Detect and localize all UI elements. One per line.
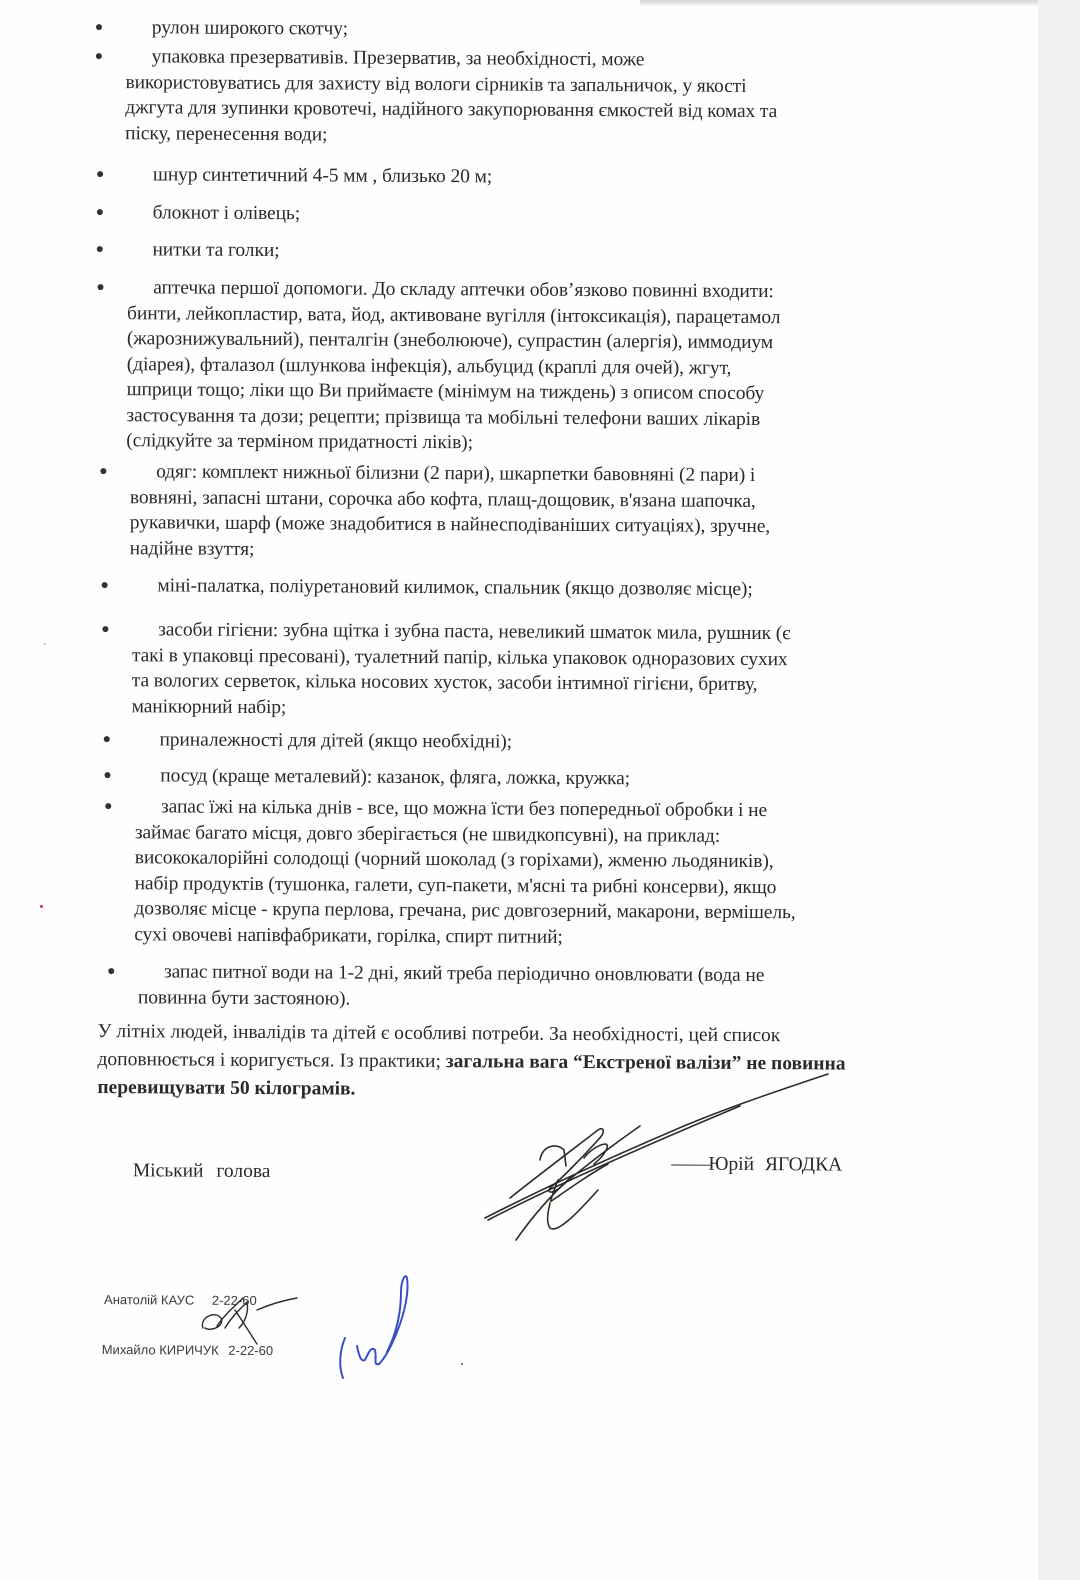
bullet-icon: ● [104, 794, 113, 820]
list-item-line: та вологих серветок, кілька носових хуст… [132, 668, 790, 698]
list-item-line: дозволяє місце - крупа перлова, гречана,… [134, 896, 795, 926]
list-item: ● одяг: комплект нижньої білизни (2 пари… [130, 459, 771, 565]
bullet-icon: ● [107, 959, 116, 985]
bullet-icon: ● [101, 617, 110, 643]
list-item-line: засоби гігієни: зубна щітка і зубна паст… [132, 617, 790, 647]
blue-ink-signature-icon [335, 1272, 425, 1382]
executor-name: Анатолій КАУС [104, 1292, 194, 1308]
scan-speck [40, 905, 43, 908]
list-item-line: набір продуктів (тушонка, галети, суп-па… [135, 871, 796, 901]
bullet-icon: ● [100, 573, 109, 599]
list-item-line: надійне взуття; [130, 536, 770, 565]
list-item-line: (слідкуйте за терміном придатності ліків… [126, 428, 780, 457]
list-item-line: одяг: комплект нижньої білизни (2 пари),… [130, 459, 770, 488]
list-item-line: манікюрний набір; [132, 694, 790, 724]
list-item: ● засоби гігієни: зубна щітка і зубна па… [132, 617, 791, 723]
list-item-line: блокнот і олівець; [127, 200, 301, 227]
list-item-line: використовуватись для захисту від вологи… [125, 70, 777, 99]
list-item-line: вовняні, запасні штани, сорочка або кофт… [130, 485, 770, 514]
bullet-icon: ● [95, 237, 104, 263]
list-item: ● нитки та голки; [126, 237, 279, 263]
bullet-icon: ● [96, 162, 105, 188]
list-item: ● приналежності для дітей (якщо необхідн… [133, 727, 512, 755]
bullet-icon: ● [96, 200, 105, 226]
list-item: ● запас їжі на кілька днів - все, що мож… [134, 794, 796, 951]
list-item-line: застосування та дози; рецепти; прізвища … [126, 403, 780, 432]
signatory-title: Міський голова [133, 1160, 271, 1183]
bullet-icon: ● [103, 763, 112, 789]
list-item-line: шнур синтетичний 4-5 мм , близько 20 м; [127, 162, 492, 190]
bullet-icon: ● [102, 727, 111, 753]
list-item-line: посуд (краще металевий): казанок, фляга,… [134, 763, 630, 792]
list-item-line: рукавички, шарф (може знадобитися в найн… [130, 510, 770, 539]
list-item-line: нитки та голки; [126, 237, 279, 263]
list-item-line: шприци тощо; ліки що Ви приймаєте (мінім… [127, 377, 781, 406]
bullet-icon: ● [95, 44, 104, 70]
list-item-line: повинна бути застояною). [138, 985, 764, 1014]
list-item-line: (діарея), фталазол (шлункова інфекція), … [127, 352, 781, 381]
scanned-page: ● рулон широкого скотчу; ● упаковка през… [0, 0, 1038, 1580]
executor-signature-icon [195, 1288, 305, 1348]
document-content: ● рулон широкого скотчу; ● упаковка през… [0, 0, 1038, 1580]
list-item: ● шнур синтетичний 4-5 мм , близько 20 м… [127, 162, 492, 190]
list-item-line: аптечка першої допомоги. До складу аптеч… [127, 275, 781, 304]
list-item-line: упаковка презервативів. Презерватив, за … [126, 44, 778, 73]
list-item-line: бинти, лейкопластир, вата, йод, активова… [127, 301, 781, 330]
list-item: ● посуд (краще металевий): казанок, фляг… [134, 763, 630, 792]
mayor-signature-icon [480, 1070, 840, 1250]
list-item-line: запас їжі на кілька днів - все, що можна… [135, 794, 796, 824]
list-item: ● міні-палатка, поліуретановий килимок, … [131, 573, 752, 602]
list-item-line: піску, перенесення води; [125, 121, 777, 150]
list-item-line: запас питної води на 1-2 дні, який треба… [138, 959, 764, 988]
scan-speck [549, 1201, 551, 1203]
list-item-line: (жарознижувальний), пенталгін (знеболююч… [127, 326, 781, 355]
bullet-icon: ● [95, 15, 104, 41]
list-item: ● рулон широкого скотчу; [126, 15, 348, 42]
list-item-line: сухі овочеві напівфабрикати, горілка, сп… [134, 922, 795, 952]
scan-speck [461, 1363, 463, 1365]
list-item: ● упаковка презервативів. Презерватив, з… [125, 44, 777, 150]
bullet-icon: ● [99, 459, 108, 485]
bullet-icon: ● [96, 275, 105, 301]
list-item: ● запас питної води на 1-2 дні, який тре… [138, 959, 765, 1014]
list-item: ● аптечка першої допомоги. До складу апт… [126, 275, 780, 457]
list-item-line: приналежності для дітей (якщо необхідні)… [133, 727, 512, 755]
closing-line-2-regular: доповнюється і коригується. Із практики; [97, 1049, 441, 1072]
list-item-line: міні-палатка, поліуретановий килимок, сп… [131, 573, 752, 602]
list-item-line: такі в упаковці пресовані), туалетний па… [132, 643, 790, 673]
list-item-line: займає багато місця, довго зберігається … [135, 820, 796, 850]
list-item-line: джгута для зупинки кровотечі, надійного … [125, 95, 777, 124]
list-item-line: висококалорійні солодощі (чорний шоколад… [135, 845, 796, 875]
list-item-line: рулон широкого скотчу; [126, 15, 348, 42]
list-item: ● блокнот і олівець; [127, 200, 301, 227]
scan-speck [44, 643, 46, 645]
